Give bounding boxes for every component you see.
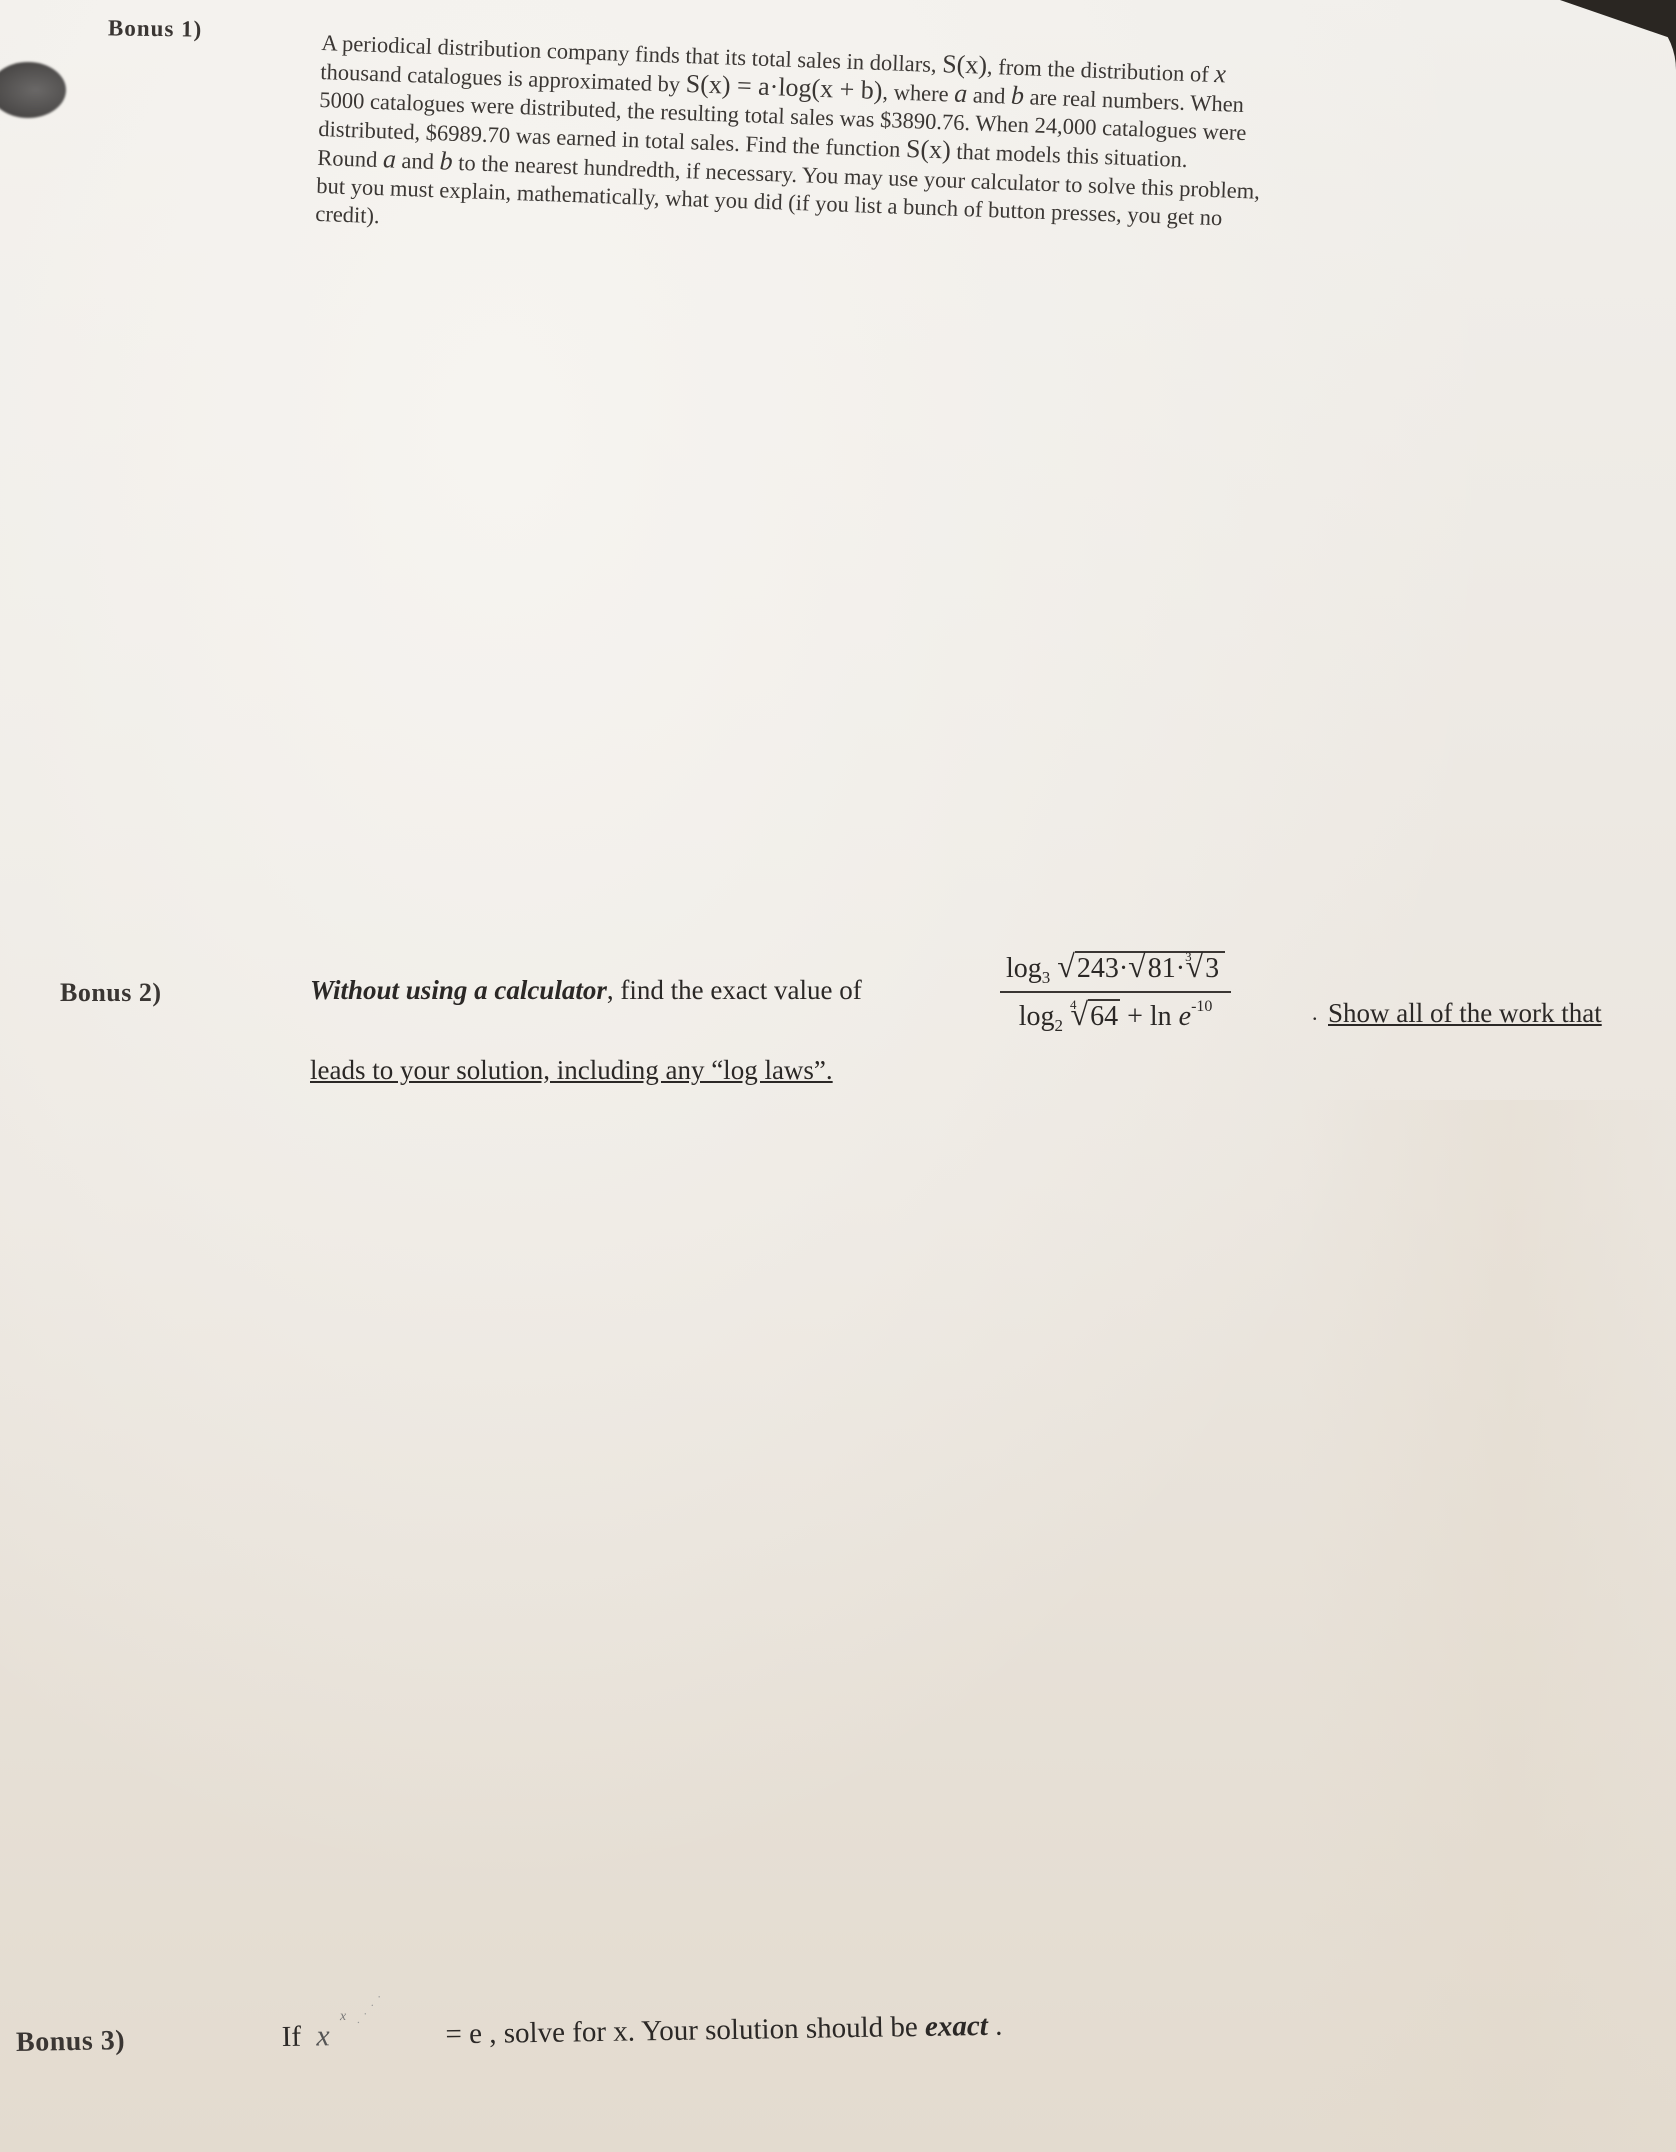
period: . — [1312, 1000, 1318, 1026]
exact-emphasis: exact — [925, 2010, 988, 2043]
tower-base: x — [316, 2019, 330, 2053]
bonus-3-label: Bonus 3) — [16, 2025, 126, 2059]
square-root-icon: √ — [1128, 948, 1146, 984]
if-text: If — [281, 2021, 301, 2054]
text-segment: , where — [882, 79, 955, 107]
log-fraction-expression: log3 √243·√81·3√3 log2 4√64 + ln e-10 — [1000, 948, 1231, 1036]
math-expression: S(x) — [906, 134, 952, 165]
fraction-numerator: log3 √243·√81·3√3 — [1000, 948, 1231, 988]
math-expression: a — [382, 144, 396, 173]
no-calculator-emphasis: Without using a calculator — [310, 975, 607, 1005]
cube-root-icon: √ — [1186, 948, 1204, 984]
bonus-2-instruction: Without using a calculator, find the exa… — [310, 975, 862, 1006]
dot-operator: · — [1119, 953, 1128, 984]
solve-text: = e , solve for x. Your solution should … — [445, 2011, 925, 2051]
tower-ellipsis: · · · · — [351, 1989, 387, 2029]
math-expression: b — [1011, 81, 1025, 110]
e-exponent: -10 — [1191, 998, 1212, 1015]
fourth-root-icon: √ — [1071, 996, 1089, 1032]
root-radicand: 64 — [1088, 999, 1120, 1032]
outer-radicand: 243 — [1077, 953, 1119, 984]
log-laws-instruction: leads to your solution, including any “l… — [310, 1055, 833, 1086]
log-base: 3 — [1042, 968, 1051, 987]
bonus-3-problem-text: If x x · · · · = e , solve for x. Your s… — [281, 1974, 1003, 2054]
ln-text: ln — [1150, 1001, 1172, 1032]
text-segment: credit). — [315, 201, 380, 228]
text-segment: Round — [317, 145, 383, 172]
cube-radicand: 3 — [1203, 951, 1221, 984]
worksheet-page: Bonus 1) A periodical distribution compa… — [0, 0, 1676, 2152]
bonus-1-problem-text: A periodical distribution company finds … — [315, 28, 1561, 272]
bonus-1-label: Bonus 1) — [108, 15, 203, 42]
plus-operator: + — [1127, 1001, 1143, 1032]
text-segment: and — [967, 82, 1012, 109]
paper-shadow — [1300, 1100, 1676, 2152]
inner-radicand: 81 — [1148, 953, 1176, 984]
outer-radical: 243·√81·3√3 — [1075, 951, 1225, 984]
inner-radical: 81·3√3 — [1146, 951, 1223, 984]
dot-operator: · — [1176, 953, 1185, 984]
power-tower-expression: x x · · · · — [308, 1992, 439, 2054]
bonus-3-instruction: = e , solve for x. Your solution should … — [445, 2010, 1002, 2052]
log-text: log — [1019, 1001, 1055, 1032]
fraction-bar — [1000, 991, 1231, 993]
tower-exponent: x — [340, 2009, 346, 2025]
show-work-instruction: Show all of the work that — [1328, 998, 1602, 1029]
math-expression: S(x) — [942, 49, 988, 80]
period: . — [995, 2010, 1003, 2042]
instruction-text: , find the exact value of — [607, 975, 862, 1005]
log-base: 2 — [1055, 1016, 1064, 1035]
e-constant: e — [1179, 1001, 1191, 1032]
bonus-2-label: Bonus 2) — [60, 978, 162, 1008]
square-root-icon: √ — [1057, 948, 1075, 984]
fraction-denominator: log2 4√64 + ln e-10 — [1000, 996, 1231, 1036]
log-text: log — [1006, 953, 1042, 984]
math-expression: x — [1214, 59, 1227, 88]
punch-hole — [0, 62, 66, 118]
text-segment: and — [396, 148, 441, 175]
